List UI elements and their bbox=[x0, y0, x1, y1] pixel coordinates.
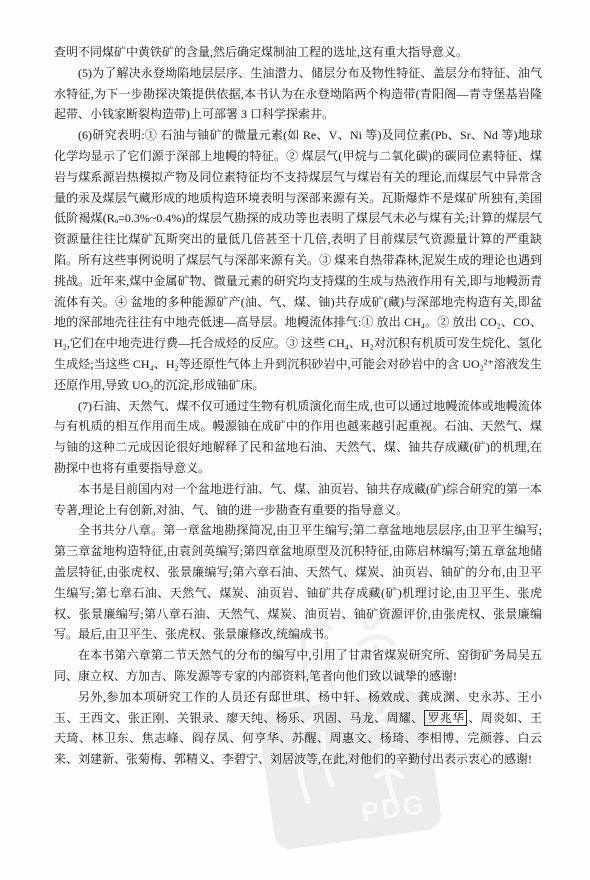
paragraph: (6)研究表明:① 石油与铀矿的微量元素(如 Re、V、Ni 等)及同位素(Pb… bbox=[54, 125, 542, 395]
body-text: 查明不同煤矿中黄铁矿的含量,然后确定煤制油工程的选址,这有重大指导意义。(5)为… bbox=[54, 42, 542, 770]
paragraph: 在本书第六章第二节天然气的分布的编写中,引用了甘肃省煤炭研究所、窑街矿务局吴五同… bbox=[54, 645, 542, 687]
scanned-book-page: PDG 查明不同煤矿中黄铁矿的含量,然后确定煤制油工程的选址,这有重大指导意义。… bbox=[0, 0, 590, 880]
text-segment: (7)石油、天然气、煤不仅可通过生物有机质演化而生成,也可以通过地幔流体或地幔流… bbox=[54, 399, 542, 475]
text-segment: 本书是目前国内对一个盆地进行油、气、煤、油页岩、铀共存成藏(矿)综合研究的第一本… bbox=[54, 482, 542, 517]
text-segment: (6)研究表明:① 石油与铀矿的微量元素(如 Re、V、Ni 等)及同位素(Pb… bbox=[54, 128, 542, 392]
paragraph: 全书共分八章。第一章盆地勘探简况,由卫平生编写;第二章盆地地层层序,由卫平生编写… bbox=[54, 520, 542, 645]
text-segment: 全书共分八章。第一章盆地勘探简况,由卫平生编写;第二章盆地地层层序,由卫平生编写… bbox=[54, 523, 542, 641]
text-segment: 查明不同煤矿中黄铁矿的含量,然后确定煤制油工程的选址,这有重大指导意义。 bbox=[54, 45, 468, 59]
paragraph: 另外,参加本项研究工作的人员还有邸世琪、杨中轩、杨效成、龚成渊、史永苏、王小玉、… bbox=[54, 687, 542, 770]
text-segment: 在本书第六章第二节天然气的分布的编写中,引用了甘肃省煤炭研究所、窑街矿务局吴五同… bbox=[54, 648, 542, 683]
boxed-name: 罗兆华 bbox=[424, 710, 467, 726]
paragraph: (5)为了解决永登坳陷地层层序、生油潜力、储层分布及物性特征、盖层分布特征、油气… bbox=[54, 63, 542, 125]
paragraph: 本书是目前国内对一个盆地进行油、气、煤、油页岩、铀共存成藏(矿)综合研究的第一本… bbox=[54, 479, 542, 521]
paragraph: (7)石油、天然气、煤不仅可通过生物有机质演化而生成,也可以通过地幔流体或地幔流… bbox=[54, 396, 542, 479]
paragraph: 查明不同煤矿中黄铁矿的含量,然后确定煤制油工程的选址,这有重大指导意义。 bbox=[54, 42, 542, 63]
text-segment: (5)为了解决永登坳陷地层层序、生油潜力、储层分布及物性特征、盖层分布特征、油气… bbox=[54, 66, 542, 122]
